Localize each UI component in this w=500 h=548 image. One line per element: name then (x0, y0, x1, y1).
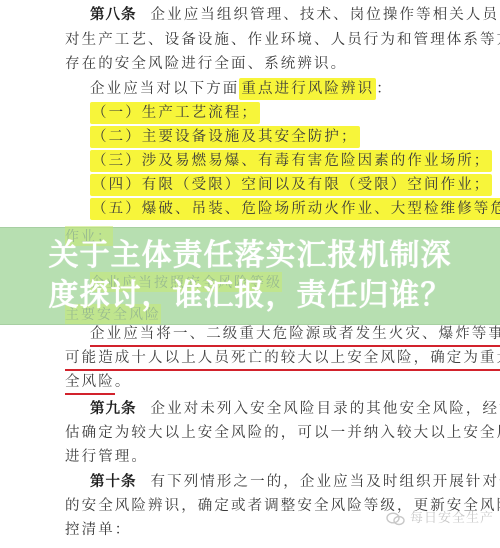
underlined-text-2: 可能造成十人以上人员死亡的较大以上安全风险，确定为重大安 (65, 347, 500, 371)
list-item-2-text: （二）主要设备设施及其安全防护； (90, 126, 360, 148)
article10-line1: 第十条有下列情形之一的，企业应当及时组织开展针对性 (90, 471, 500, 493)
list-item-3: （三）涉及易燃易爆、有毒有害危险因素的作业场所； (90, 150, 500, 172)
overlay-title-line2: 度探讨，谁汇报，责任归谁？ (0, 276, 500, 316)
title-overlay-band: 作业； 企业应当按照安全风险等级 主要安全风险 关于主体责任落实汇报机制深 度探… (0, 227, 500, 325)
article8-line3: 存在的安全风险进行全面、系统辨识。 (65, 53, 500, 75)
list-item-1-text: （一）生产工艺流程； (90, 102, 260, 124)
underlined-line1: 企业应当将一、二级重大危险源或者发生火灾、爆炸等事故 (90, 323, 500, 345)
article9-text: 企业对未列入安全风险目录的其他安全风险，经评 (151, 398, 500, 420)
underlined-line3: 全风险。 (65, 371, 500, 393)
intro-tail: ： (376, 78, 393, 100)
wechat-icon (386, 512, 406, 526)
list-item-1: （一）生产工艺流程； (90, 102, 500, 124)
article8-line1: 第八条企业应当组织管理、技术、岗位操作等相关人员， (90, 4, 500, 26)
list-item-5: （五）爆破、吊装、危险场所动火作业、大型检维修等危险 (90, 198, 500, 220)
underlined-text-3: 全风险 (65, 371, 115, 395)
article8-heading: 第八条 (90, 4, 137, 26)
intro-highlight: 重点进行风险辨识 (239, 78, 376, 100)
intro-plain: 企业应当对以下方面 (90, 78, 239, 100)
article8-text: 企业应当组织管理、技术、岗位操作等相关人员， (151, 4, 500, 26)
overlay-title-line1: 关于主体责任落实汇报机制深 (0, 236, 500, 276)
article9-heading: 第九条 (90, 398, 137, 420)
watermark: 每日安全生产 (386, 509, 494, 529)
underlined-text-1: 企业应当将一、二级重大危险源或者发生火灾、爆炸等事故 (90, 323, 500, 347)
list-item-4: （四）有限（受限）空间以及有限（受限）空间作业； (90, 174, 500, 196)
article9-line1: 第九条企业对未列入安全风险目录的其他安全风险，经评 (90, 398, 500, 420)
article10-heading: 第十条 (90, 471, 137, 493)
underlined-tail: 。 (115, 371, 132, 393)
list-item-4-text: （四）有限（受限）空间以及有限（受限）空间作业； (90, 174, 492, 196)
list-item-5-text: （五）爆破、吊装、危险场所动火作业、大型检维修等危险 (90, 198, 500, 220)
watermark-text: 每日安全生产 (410, 509, 494, 529)
article8-intro: 企业应当对以下方面重点进行风险辨识： (90, 78, 500, 100)
article8-line2: 对生产工艺、设备设施、作业环境、人员行为和管理体系等方面 (65, 29, 500, 51)
list-item-2: （二）主要设备设施及其安全防护； (90, 126, 500, 148)
underlined-line2: 可能造成十人以上人员死亡的较大以上安全风险，确定为重大安 (65, 347, 500, 369)
article9-line3: 进行管理。 (65, 446, 500, 468)
list-item-3-text: （三）涉及易燃易爆、有毒有害危险因素的作业场所； (90, 150, 492, 172)
article9-line2: 估确定为较大以上安全风险的，可以一并纳入较大以上安全风险 (65, 422, 500, 444)
article10-text: 有下列情形之一的，企业应当及时组织开展针对性 (151, 471, 500, 493)
